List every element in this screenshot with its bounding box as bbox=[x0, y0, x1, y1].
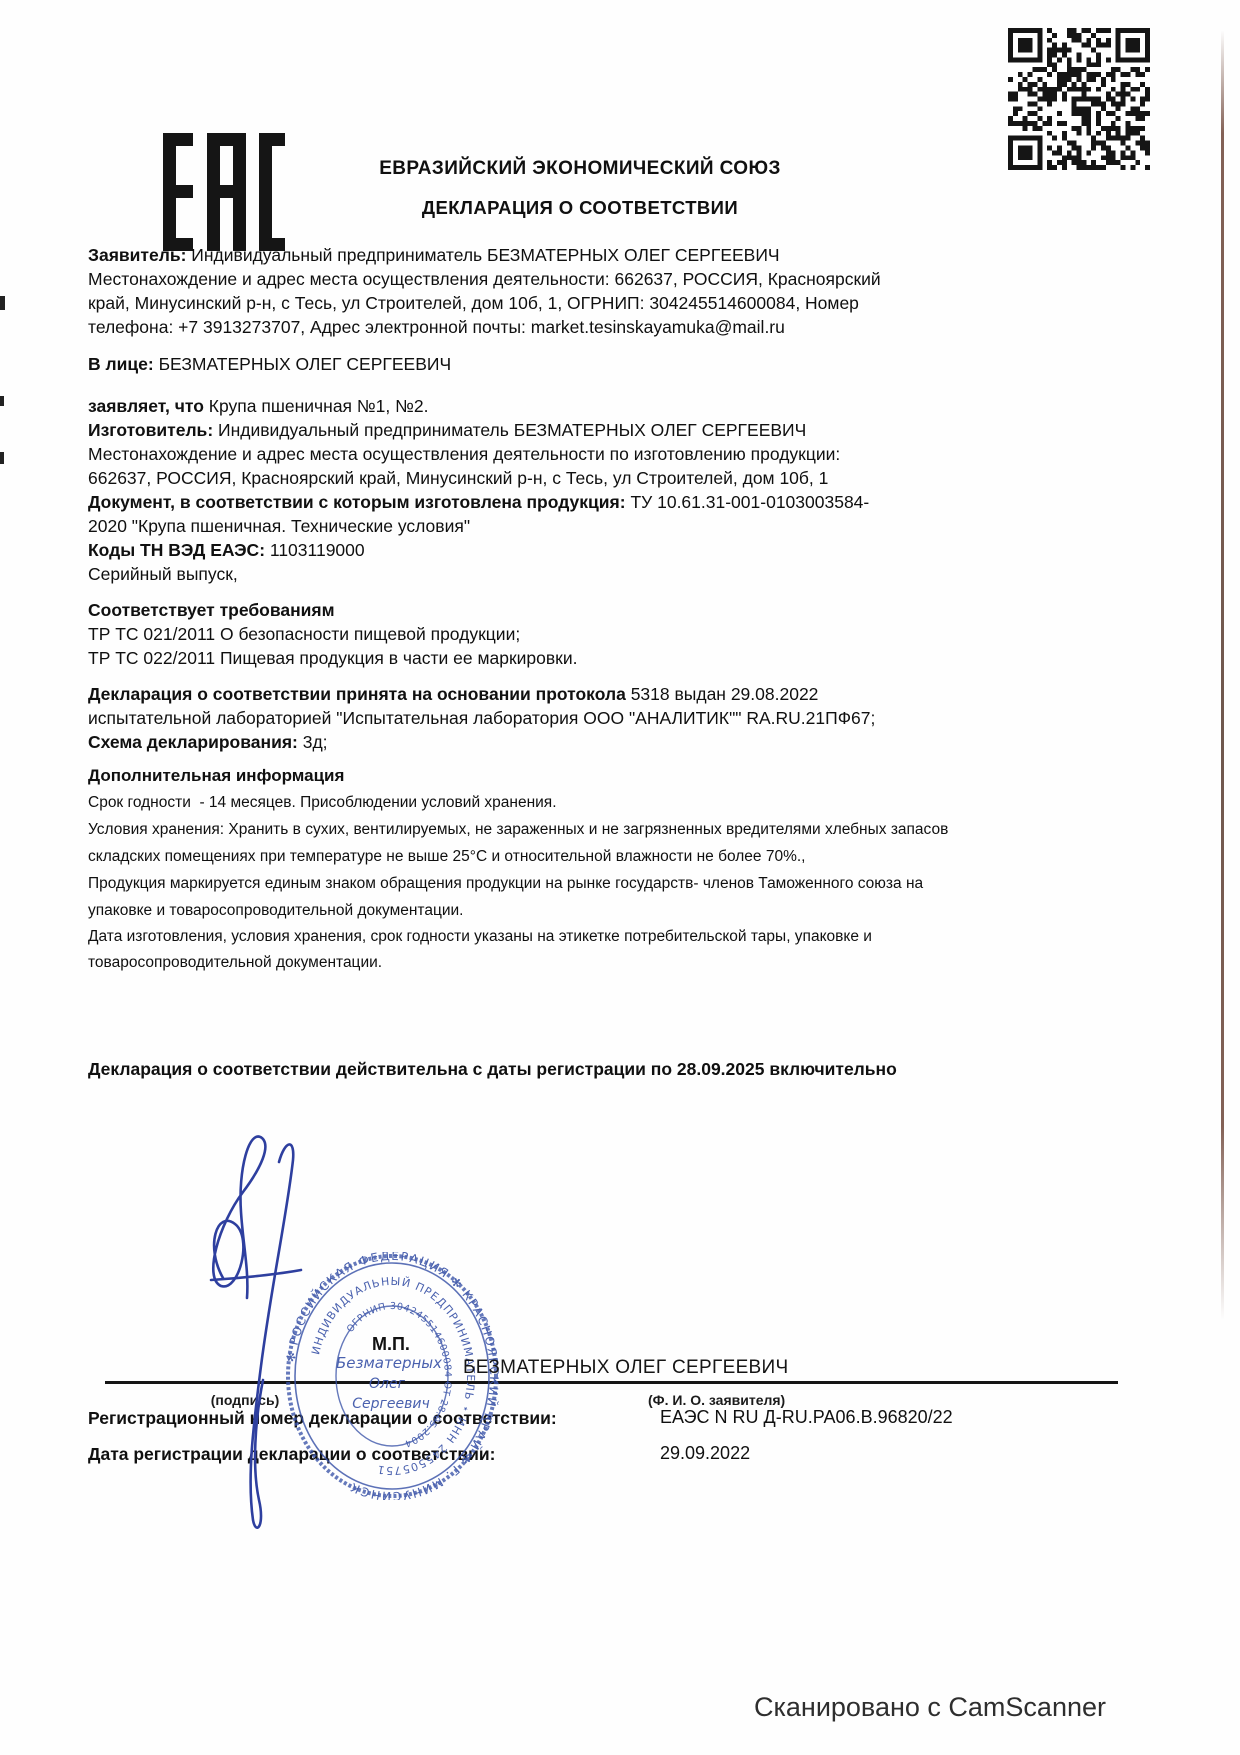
declares-line: Документ, в соответствии с которым изгот… bbox=[88, 490, 869, 514]
basis-line: Декларация о соответствии принята на осн… bbox=[88, 682, 818, 706]
union-title: ЕВРАЗИЙСКИЙ ЭКОНОМИЧЕСКИЙ СОЮЗ bbox=[320, 158, 840, 180]
scan-artifact bbox=[0, 396, 4, 406]
in-person-line: В лице: БЕЗМАТЕРНЫХ ОЛЕГ СЕРГЕЕВИЧ bbox=[88, 352, 451, 376]
declaration-document: ЕВРАЗИЙСКИЙ ЭКОНОМИЧЕСКИЙ СОЮЗ ДЕКЛАРАЦИ… bbox=[0, 0, 1240, 1755]
stamp-center-name-1: Безматерных bbox=[336, 1354, 442, 1372]
declares-line: Серийный выпуск, bbox=[88, 562, 238, 586]
additional-title: Дополнительная информация bbox=[88, 764, 344, 788]
additional-line: Дата изготовления, условия хранения, сро… bbox=[88, 925, 872, 949]
applicant-line: Местонахождение и адрес места осуществле… bbox=[88, 267, 881, 291]
applicant-line: край, Минусинский р-н, с Тесь, ул Строит… bbox=[88, 291, 859, 315]
qr-code bbox=[1008, 28, 1150, 170]
basis-line: Схема декларирования: 3д; bbox=[88, 730, 328, 754]
declares-line: Местонахождение и адрес места осуществле… bbox=[88, 442, 840, 466]
registration-date-value: 29.09.2022 bbox=[660, 1443, 750, 1464]
additional-line: складских помещениях при температуре не … bbox=[88, 845, 805, 869]
applicant-name-over-line: БЕЗМАТЕРНЫХ ОЛЕГ СЕРГЕЕВИЧ bbox=[463, 1357, 788, 1379]
requirements-line: ТР ТС 022/2011 Пищевая продукция в части… bbox=[88, 646, 577, 670]
additional-line: упаковке и товаросопроводительной докуме… bbox=[88, 899, 463, 923]
declares-line: заявляет, что Крупа пшеничная №1, №2. bbox=[88, 394, 429, 418]
stamp-center-name-3: Сергеевич bbox=[352, 1396, 429, 1412]
fio-caption: (Ф. И. О. заявителя) bbox=[648, 1392, 785, 1408]
additional-line: товаросопроводительной документации. bbox=[88, 951, 382, 975]
validity-statement: Декларация о соответствии действительна … bbox=[88, 1057, 897, 1081]
doc-title: ДЕКЛАРАЦИЯ О СООТВЕТСТВИИ bbox=[320, 197, 840, 219]
registration-number-value: ЕАЭС N RU Д-RU.РА06.В.96820/22 bbox=[660, 1407, 953, 1428]
declares-line: 662637, РОССИЯ, Красноярский край, Минус… bbox=[88, 466, 828, 490]
additional-line: Срок годности - 14 месяцев. Присоблюдени… bbox=[88, 791, 557, 815]
requirements-line: ТР ТС 021/2011 О безопасности пищевой пр… bbox=[88, 622, 520, 646]
stamp-center-name-2: Олег bbox=[369, 1376, 406, 1392]
basis-line: испытательной лабораторией "Испытательна… bbox=[88, 706, 875, 730]
applicant-line: телефона: +7 3913273707, Адрес электронн… bbox=[88, 315, 785, 339]
additional-line: Условия хранения: Хранить в сухих, венти… bbox=[88, 818, 948, 842]
eac-logo bbox=[163, 133, 285, 251]
stamp-ring-inner-text: ОГРНИП 304245514600084 ОТ 28.05.2004 bbox=[345, 1301, 453, 1449]
scan-artifact bbox=[0, 452, 4, 464]
declares-line: Коды ТН ВЭД ЕАЭС: 1103119000 bbox=[88, 538, 365, 562]
declares-line: Изготовитель: Индивидуальный предпринима… bbox=[88, 418, 806, 442]
applicant-line: Заявитель: Индивидуальный предпринимател… bbox=[88, 243, 780, 267]
camscanner-watermark: Сканировано с CamScanner bbox=[700, 1692, 1160, 1723]
additional-line: Продукция маркируется единым знаком обра… bbox=[88, 872, 923, 896]
scan-edge-line bbox=[1221, 30, 1224, 1320]
declares-line: 2020 "Крупа пшеничная. Технические услов… bbox=[88, 514, 470, 538]
scan-artifact bbox=[0, 296, 5, 310]
requirements-title: Соответствует требованиям bbox=[88, 598, 335, 622]
mp-stamp-place-label: М.П. bbox=[372, 1334, 410, 1355]
